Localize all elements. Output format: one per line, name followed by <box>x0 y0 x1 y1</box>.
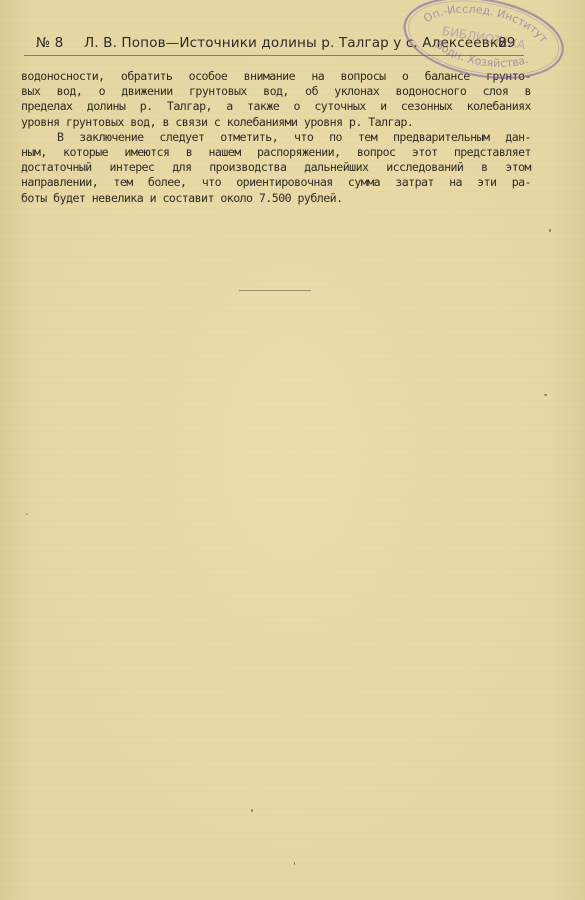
text-line: В заключение следует отметить, что по те… <box>21 130 531 145</box>
issue-number: № 8 <box>36 35 63 51</box>
text-line: вых вод, о движении грунтовых вод, об ук… <box>21 84 531 99</box>
section-separator <box>239 290 311 291</box>
text-line: ным, которые имеются в нашем распоряжени… <box>21 145 531 160</box>
text-line: достаточный интерес для производства дал… <box>21 160 531 175</box>
paper-speck <box>26 513 28 515</box>
text-line: пределах долины р. Талгар, а также о сут… <box>21 99 531 114</box>
paper-speck <box>544 394 547 396</box>
paper-speck <box>294 862 295 865</box>
text-line: направлении, тем более, что ориентировоч… <box>21 175 531 190</box>
text-line: боты будет невелика и составит около 7.5… <box>21 191 531 206</box>
document-page: № 8 Л. В. Попов—Источники долины р. Талг… <box>0 0 585 900</box>
text-line: уровня грунтовых вод, в связи с колебани… <box>21 115 531 130</box>
body-text: водоносности, обратить особое внимание н… <box>21 69 531 206</box>
paper-speck <box>549 229 551 232</box>
paper-speck <box>251 809 253 812</box>
